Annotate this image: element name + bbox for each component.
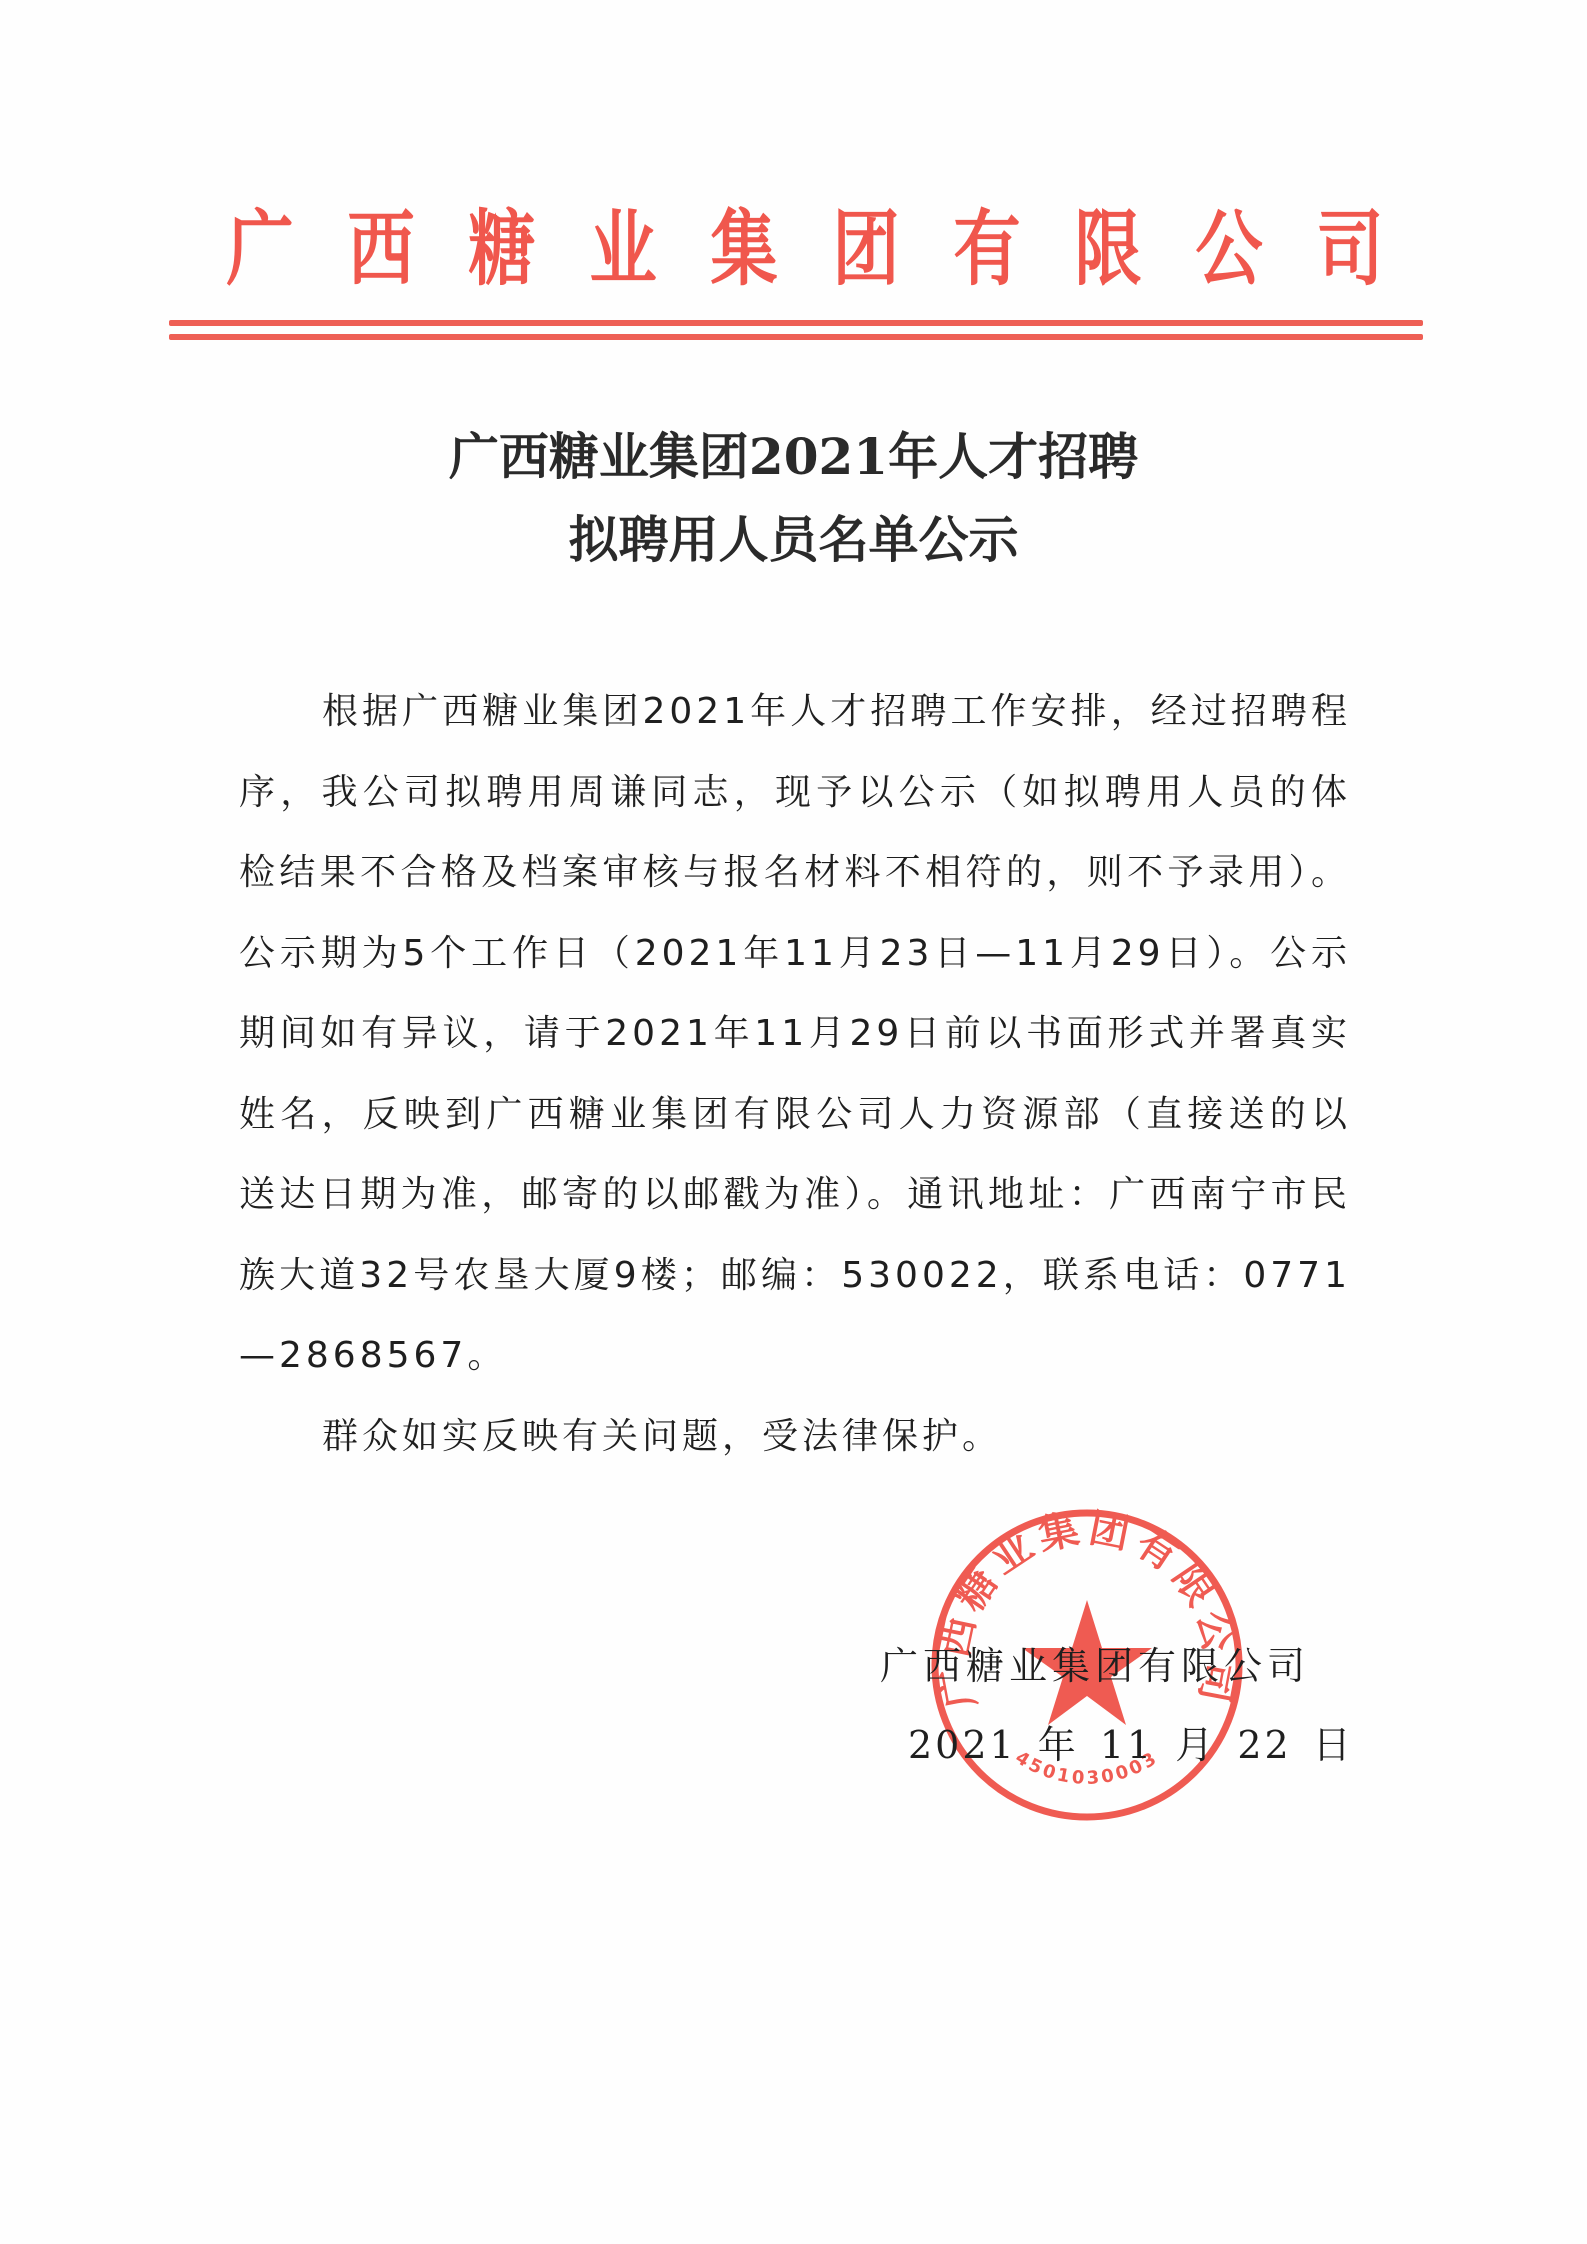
- letterhead-rule-bottom: [169, 334, 1423, 340]
- letterhead-char: 集: [708, 200, 782, 300]
- body-paragraph: 群众如实反映有关问题，受法律保护。: [239, 1397, 1351, 1478]
- document-body: 根据广西糖业集团2021年人才招聘工作安排，经过招聘程序，我公司拟聘用周谦同志，…: [239, 672, 1351, 1477]
- letterhead-char: 团: [829, 200, 903, 300]
- letterhead-char: 有: [950, 200, 1024, 300]
- letterhead-char: 西: [344, 200, 418, 300]
- body-paragraph: 根据广西糖业集团2021年人才招聘工作安排，经过招聘程序，我公司拟聘用周谦同志，…: [239, 672, 1351, 1397]
- letterhead-char: 业: [586, 200, 660, 300]
- letterhead-char: 公: [1192, 200, 1266, 300]
- signature-date: 2021 年 11 月 22 日: [908, 1720, 1354, 1770]
- signature-company: 广西糖业集团有限公司: [880, 1641, 1310, 1691]
- letterhead: 广 西 糖 业 集 团 有 限 公 司: [215, 200, 1395, 300]
- letterhead-char: 司: [1313, 200, 1387, 300]
- letterhead-char: 广: [223, 200, 297, 300]
- document-title-line2: 拟聘用人员名单公示: [0, 510, 1587, 570]
- letterhead-char: 限: [1071, 200, 1145, 300]
- document-page: 广 西 糖 业 集 团 有 限 公 司 广西糖业集团2021年人才招聘 拟聘用人…: [0, 0, 1587, 2244]
- letterhead-rule-top: [169, 320, 1423, 326]
- document-title-line1: 广西糖业集团2021年人才招聘: [0, 427, 1587, 487]
- letterhead-char: 糖: [465, 200, 539, 300]
